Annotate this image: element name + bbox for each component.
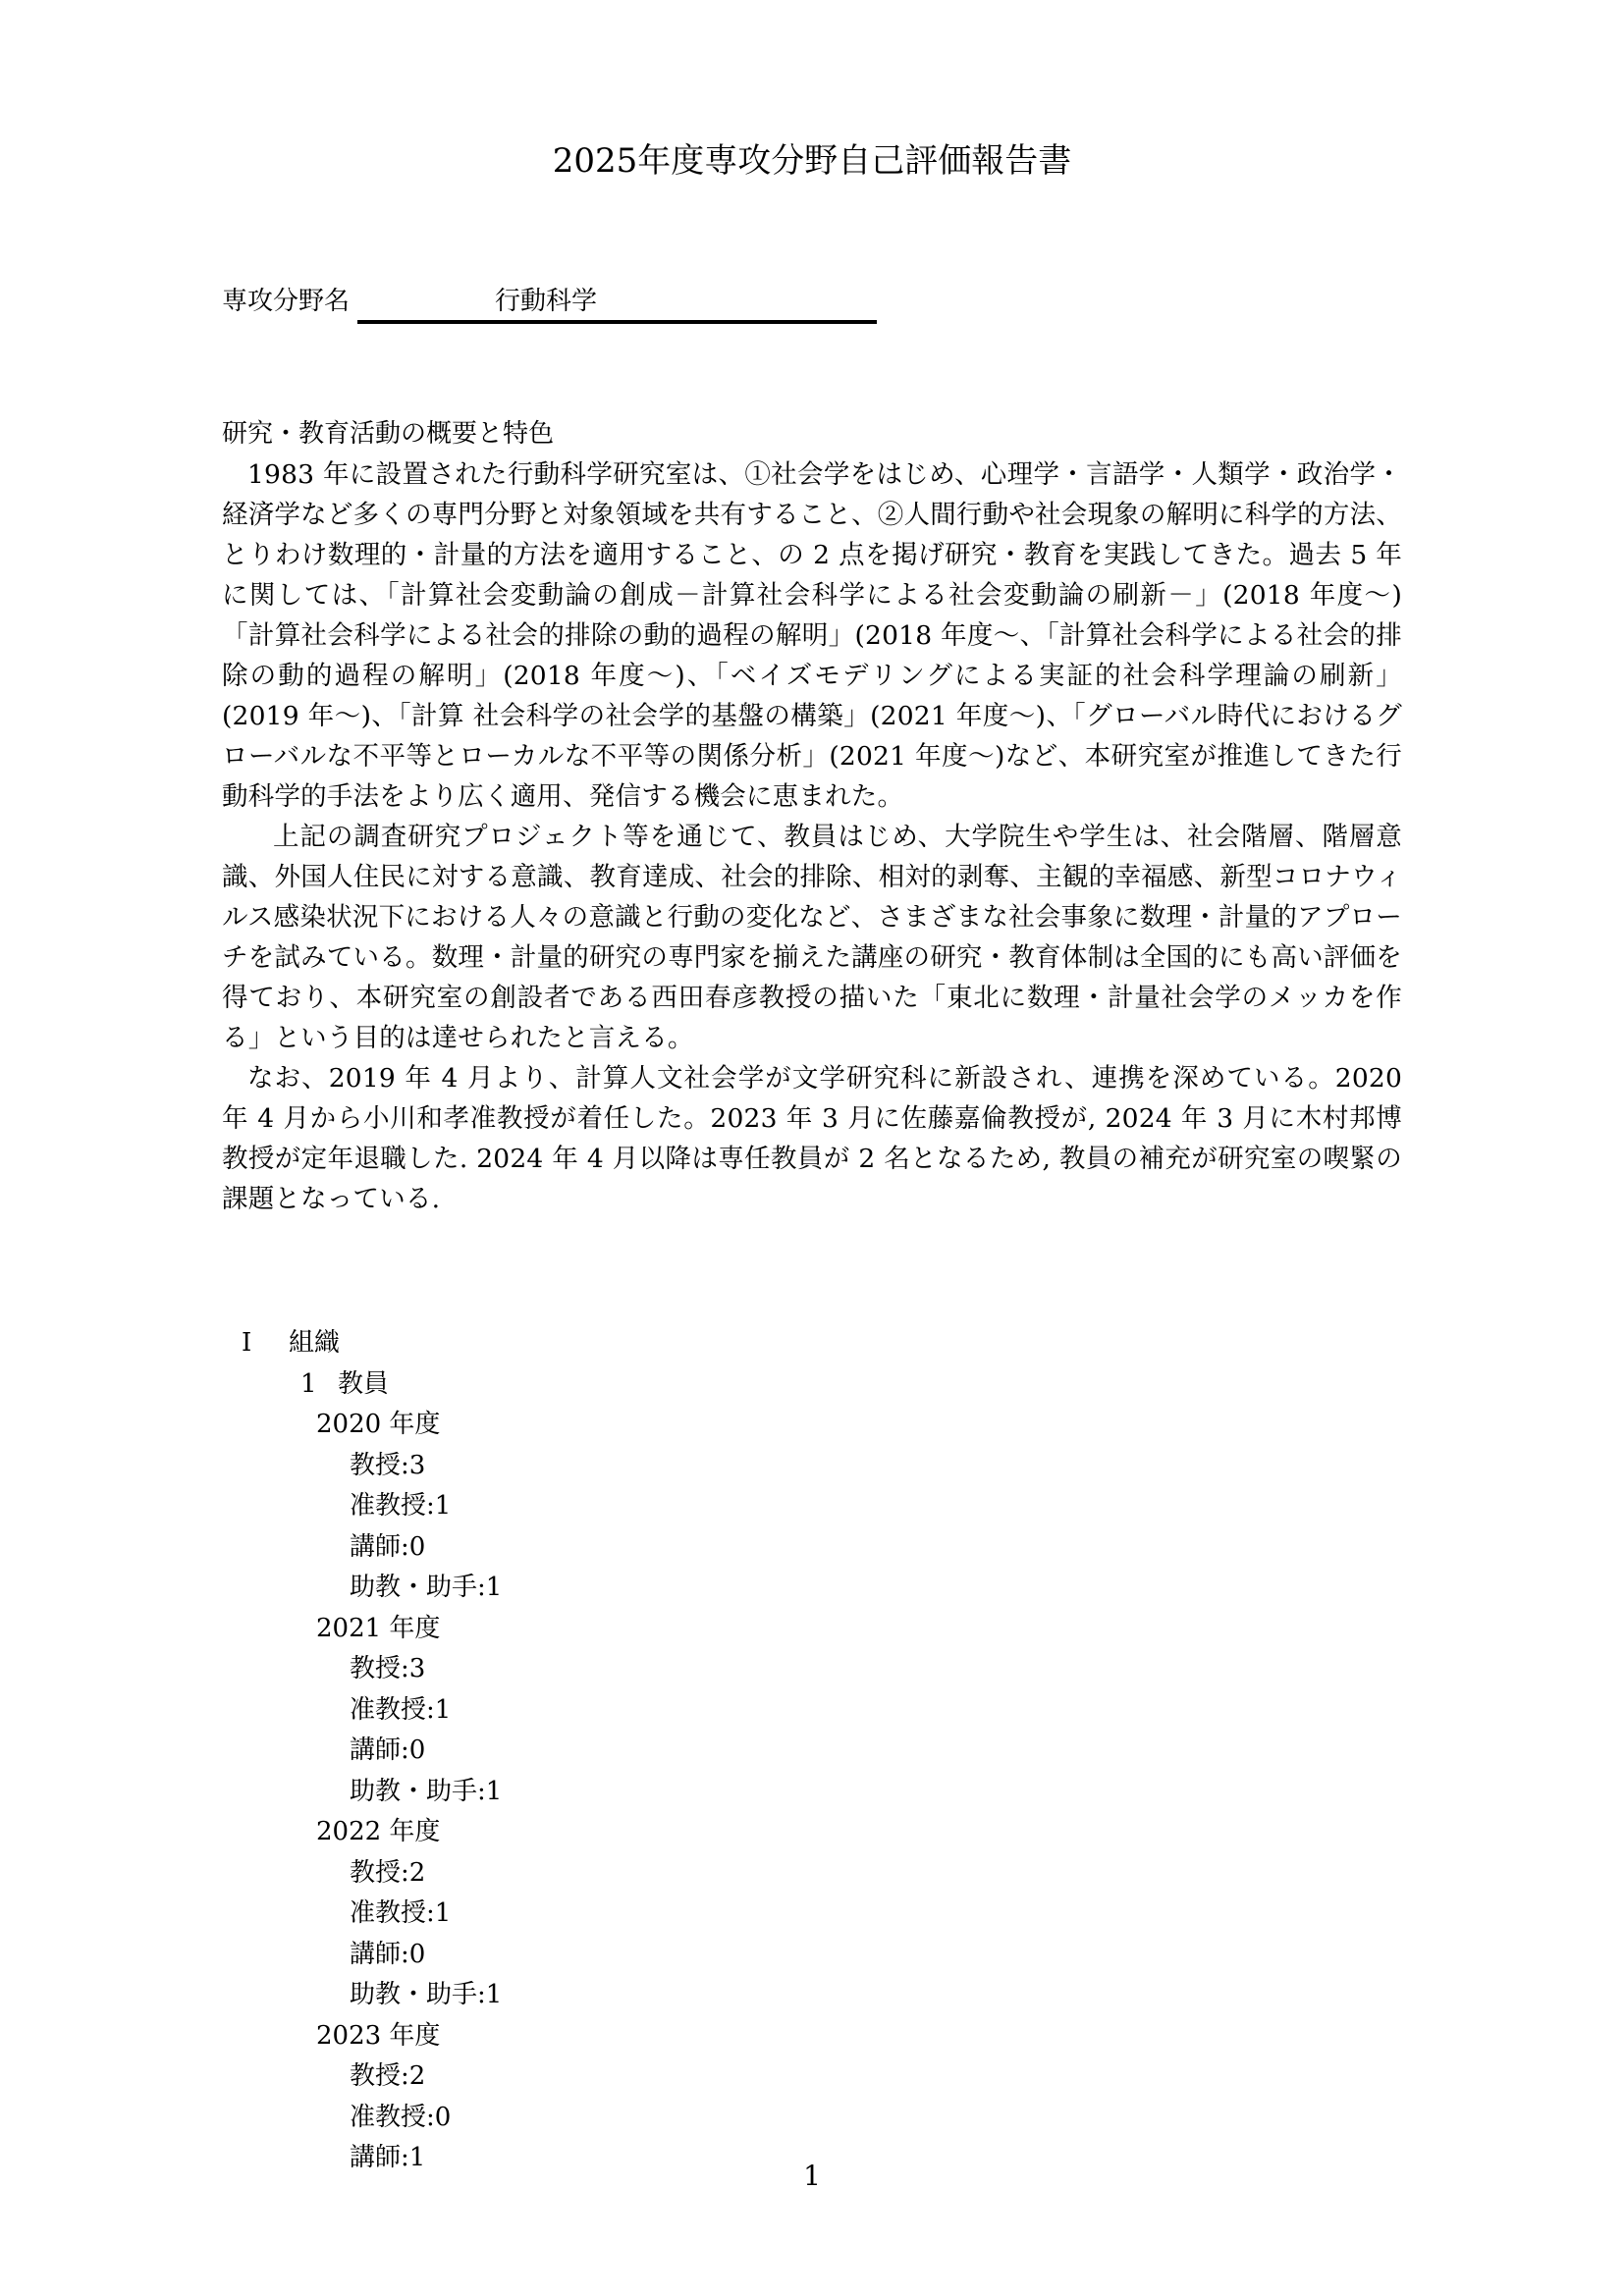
overview-heading: 研究・教育活動の概要と特色 xyxy=(222,414,1402,454)
staff-count: 講師:0 xyxy=(222,1935,502,1976)
year-label: 2023 年度 xyxy=(222,2016,502,2057)
staff-count: 准教授:1 xyxy=(222,1690,502,1732)
staff-count: 准教授:1 xyxy=(222,1486,502,1527)
section-title: 組織 xyxy=(289,1328,340,1358)
staff-count: 助教・助手:1 xyxy=(222,1772,502,1813)
staff-count: 助教・助手:1 xyxy=(222,1568,502,1609)
document-title: 2025年度専攻分野自己評価報告書 xyxy=(0,133,1624,182)
field-name-underline: 行動科学 xyxy=(357,281,877,324)
year-label: 2022 年度 xyxy=(222,1812,502,1853)
section-number: I xyxy=(242,1323,289,1364)
staff-count: 教授:2 xyxy=(222,2056,502,2098)
staff-count: 准教授:0 xyxy=(222,2098,502,2139)
section-heading-organization: I組織 xyxy=(222,1323,502,1364)
subsection-heading-faculty: 1教員 xyxy=(222,1364,502,1406)
staff-count: 講師:0 xyxy=(222,1527,502,1569)
staff-count: 助教・助手:1 xyxy=(222,1975,502,2016)
organization-section: I組織 1教員 2020 年度 教授:3 准教授:1 講師:0 助教・助手:1 … xyxy=(222,1323,502,2179)
year-label: 2020 年度 xyxy=(222,1405,502,1446)
page-number: 1 xyxy=(0,2160,1624,2192)
overview-paragraph-1: 1983 年に設置された行動科学研究室は、①社会学をはじめ、心理学・言語学・人類… xyxy=(222,454,1402,817)
overview-paragraph-2: 上記の調査研究プロジェクト等を通じて、教員はじめ、大学院生や学生は、社会階層、階… xyxy=(222,817,1402,1058)
staff-count: 教授:3 xyxy=(222,1446,502,1487)
subsection-number: 1 xyxy=(300,1364,338,1406)
staff-count: 教授:2 xyxy=(222,1853,502,1895)
overview-section: 研究・教育活動の概要と特色 1983 年に設置された行動科学研究室は、①社会学を… xyxy=(222,414,1402,1219)
staff-count: 講師:0 xyxy=(222,1731,502,1772)
staff-count: 准教授:1 xyxy=(222,1894,502,1935)
overview-paragraph-3: なお、2019 年 4 月より、計算人文社会学が文学研究科に新設され、連携を深め… xyxy=(222,1058,1402,1219)
field-name-row: 専攻分野名 行動科学 xyxy=(222,281,909,324)
staff-count: 教授:3 xyxy=(222,1649,502,1690)
year-label: 2021 年度 xyxy=(222,1609,502,1650)
subsection-title: 教員 xyxy=(338,1369,389,1399)
field-name-label: 専攻分野名 xyxy=(222,281,350,317)
field-name-value: 行動科学 xyxy=(495,281,597,317)
